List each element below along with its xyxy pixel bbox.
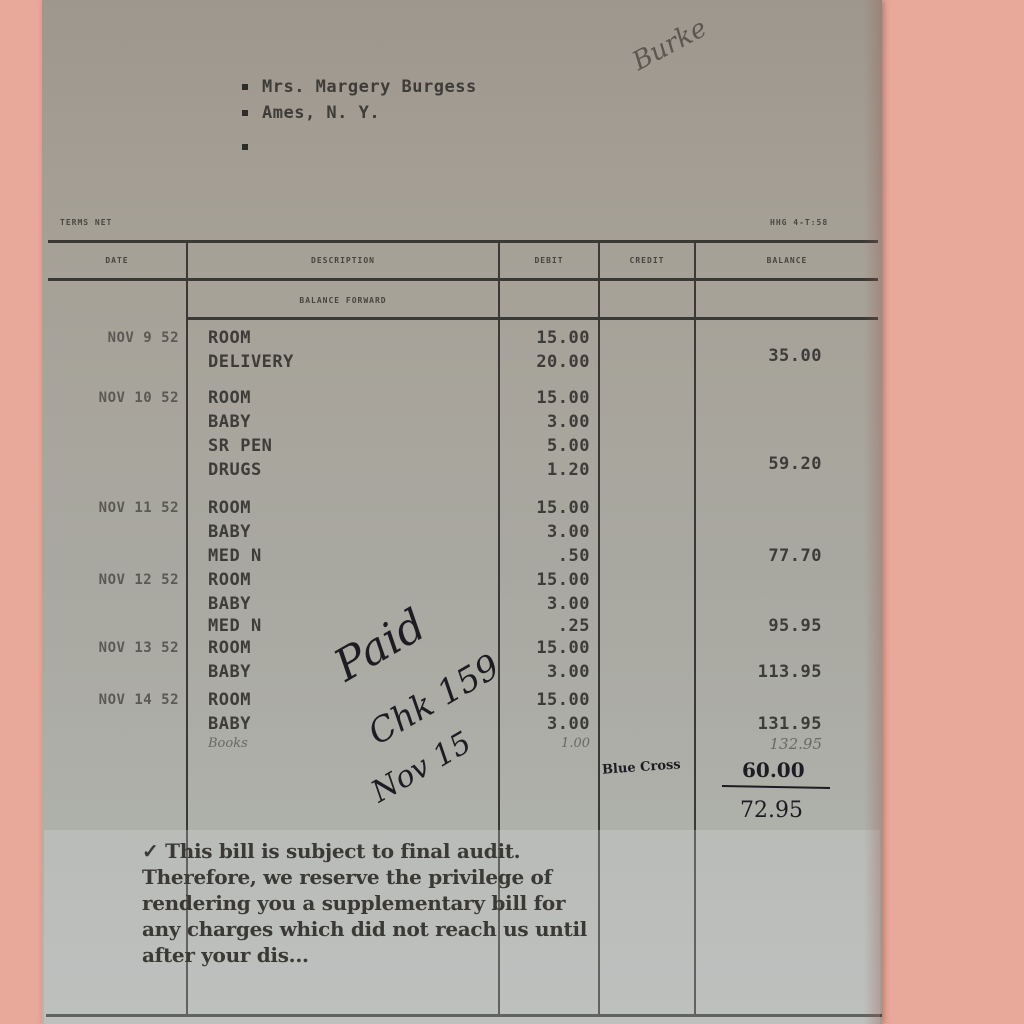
terms-label: TERMS NET (60, 218, 112, 227)
recipient-name: Mrs. Margery Burgess (262, 77, 477, 97)
recipient-city-line: Ames, N. Y. (242, 103, 380, 123)
header-date: DATE (48, 256, 186, 265)
bill-paper: Mrs. Margery Burgess Ames, N. Y. Burke T… (42, 0, 882, 1024)
header-description: DESCRIPTION (188, 256, 498, 265)
recipient-city: Ames, N. Y. (262, 103, 380, 123)
header-debit: DEBIT (500, 256, 598, 265)
balance-forward-label: BALANCE FORWARD (188, 296, 498, 305)
form-code: HHG 4-T:58 (770, 218, 828, 227)
bullet-dot (242, 84, 248, 90)
total-underline (722, 785, 830, 789)
credit-amount: 60.00 (742, 758, 805, 782)
header-balance: BALANCE (696, 256, 878, 265)
paid-annotation: Paid (326, 599, 435, 691)
header-credit: CREDIT (600, 256, 694, 265)
recipient-name-line: Mrs. Margery Burgess (242, 77, 477, 97)
bullet-dot (242, 144, 248, 150)
credit-description: Blue Cross (602, 757, 682, 777)
final-balance: 72.95 (740, 798, 803, 823)
header-bottom-rule (48, 278, 878, 281)
balance-forward-rule (188, 317, 878, 320)
corner-handwriting: Burke (628, 13, 712, 77)
audit-notice: ✓ This bill is subject to final audit. T… (142, 838, 592, 968)
bullet-dot (242, 110, 248, 116)
recipient-line3 (242, 137, 262, 157)
table-top-rule (48, 240, 878, 243)
